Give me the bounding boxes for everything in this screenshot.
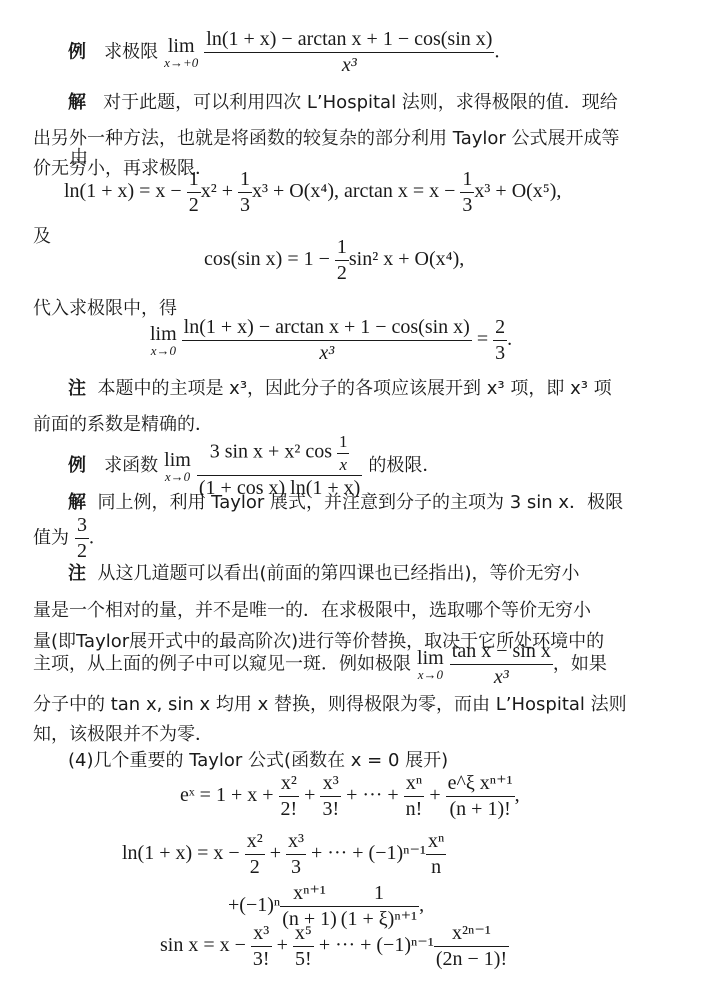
taylor-sin: sin x = x − x³3! + x⁵5! + ··· + (−1)ⁿ⁻¹x…: [160, 922, 509, 971]
note-2-line-2: 量是一个相对的量，并不是唯一的．在求极限中，选取哪个等价无穷小: [33, 596, 591, 622]
note-2-line-4: 主项，从上面的例子中可以窥见一斑．例如极限 limx→0 tan x − sin…: [33, 640, 607, 689]
example-label: 例: [68, 42, 86, 63]
solution-1-line-2: 出另外一种方法，也就是将函数的较复杂的部分利用 Taylor 公式展开成等: [33, 124, 620, 150]
note-2-line-6: 知，该极限并不为零．: [33, 720, 213, 746]
note-2-line-5: 分子中的 tan x, sin x 均用 x 替换，则得极限为零，而由 L’Ho…: [33, 690, 627, 716]
example-2: 例 求函数 limx→0 3 sin x + x² cos 1x(1 + cos…: [68, 432, 440, 500]
note-2-line-1: 注 从这几道题可以看出(前面的第四课也已经指出)，等价无穷小: [68, 565, 580, 583]
taylor-heading: (4)几个重要的 Taylor 公式(函数在 x = 0 展开): [68, 752, 448, 770]
solution-2-line-2: 值为 32.: [33, 514, 94, 563]
solution-2-line-1: 解 同上例，利用 Taylor 展式，并注意到分子的主项为 3 sin x．极限: [68, 494, 623, 512]
note-1-line-1: 注 本题中的主项是 x³，因此分子的各项应该展开到 x³ 项，即 x³ 项: [68, 380, 612, 398]
taylor-expansion-cos: cos(sin x) = 1 − 12sin² x + O(x⁴),: [204, 236, 464, 285]
taylor-ln: ln(1 + x) = x − x²2 + x³3 + ··· + (−1)ⁿ⁻…: [122, 830, 446, 879]
example-prompt: 求极限: [104, 42, 158, 63]
example-1: 例 求极限 limx→+0 ln(1 + x) − arctan x + 1 −…: [68, 28, 499, 77]
and-text: 及: [33, 222, 51, 248]
limit-result: limx→0 ln(1 + x) − arctan x + 1 − cos(si…: [150, 316, 512, 365]
taylor-expansion-ln-arctan: ln(1 + x) = x − 12x² + 13x³ + O(x⁴), arc…: [64, 168, 561, 217]
note-label: 注: [68, 378, 86, 399]
solution-1-line-1: 解 对于此题，可以利用四次 L’Hospital 法则，求得极限的值．现给: [68, 94, 618, 112]
solution-label: 解: [68, 92, 86, 113]
you-text: 由: [70, 149, 88, 167]
limit-operator: limx→+0: [164, 36, 198, 69]
limit-fraction: ln(1 + x) − arctan x + 1 − cos(sin x) x³: [204, 28, 494, 77]
taylor-exp: eˣ = 1 + x + x²2! + x³3! + ··· + xⁿn! + …: [180, 772, 520, 821]
